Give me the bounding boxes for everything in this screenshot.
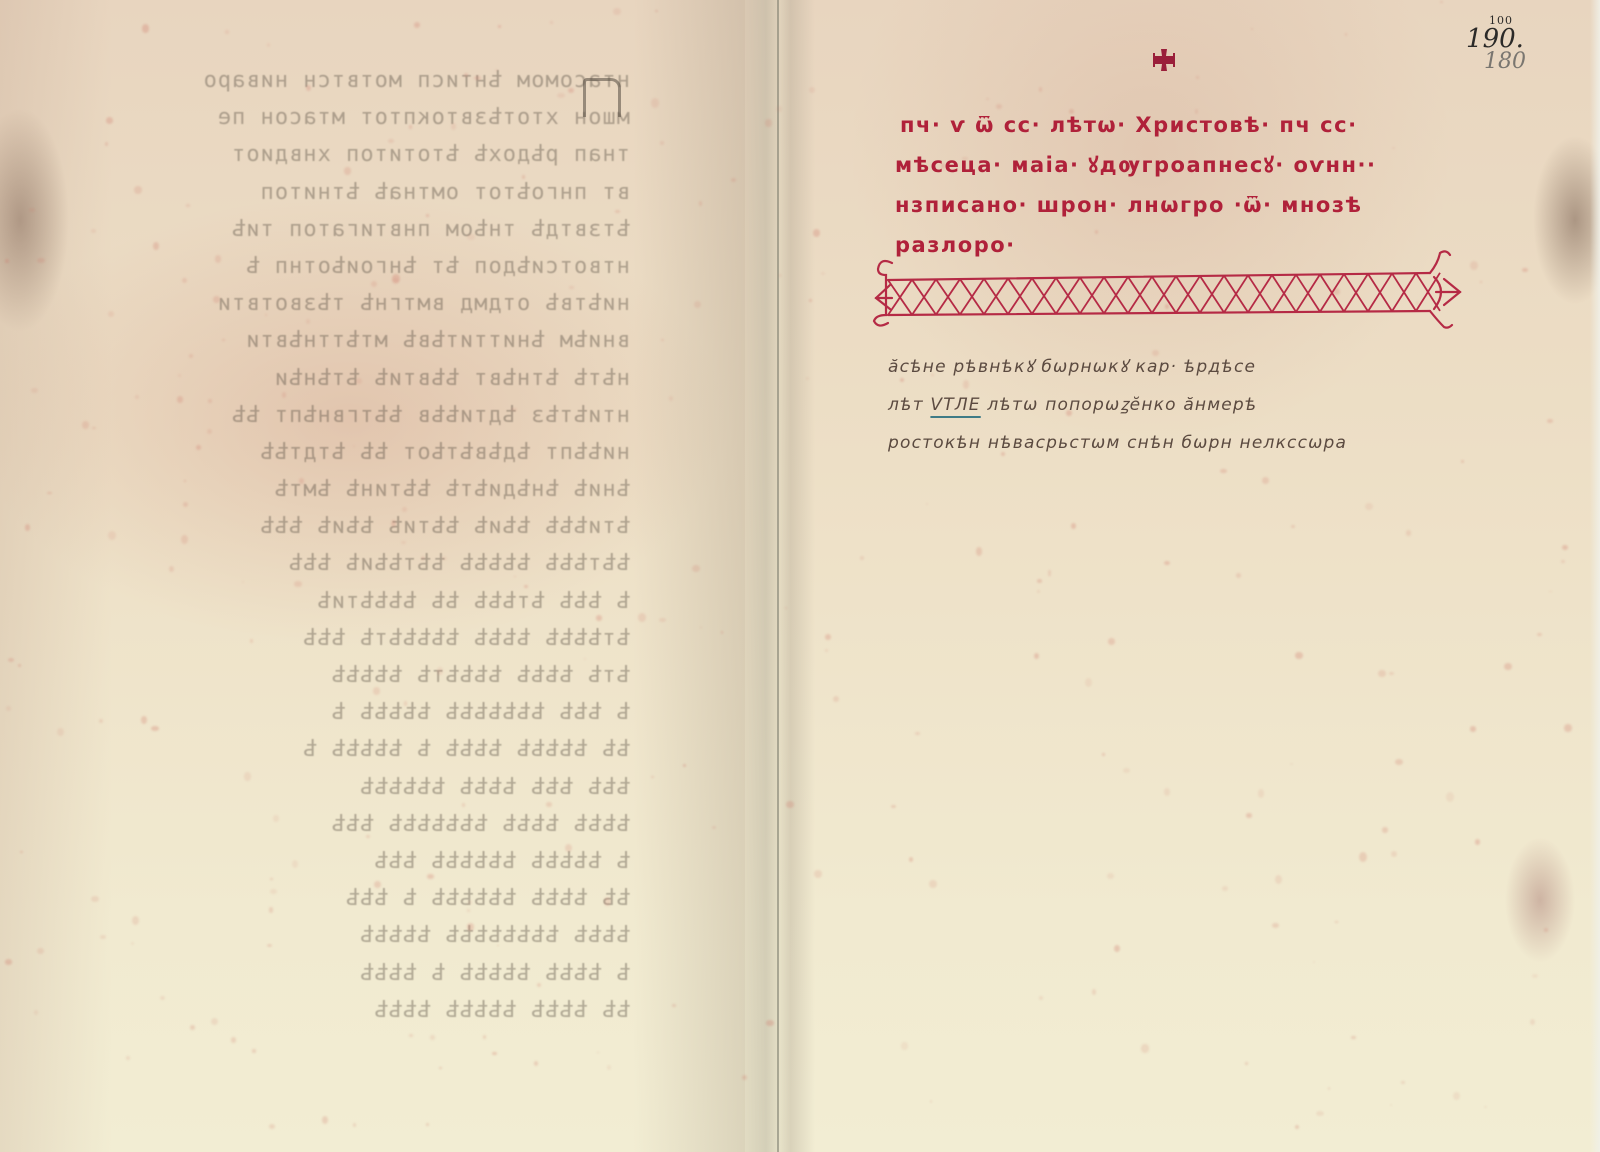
- foxing-spot: [1564, 724, 1571, 732]
- foxing-spot: [809, 299, 812, 301]
- bleed-line: ѣ ѣѣѣѣѣ ѣѣѣѣѣѣ ѣѣѣ: [70, 843, 630, 880]
- foxing-spot: [742, 1075, 747, 1080]
- foxing-spot: [178, 374, 181, 376]
- foxing-spot: [344, 167, 350, 175]
- foxing-spot: [34, 1010, 38, 1015]
- foxing-spot: [1561, 560, 1565, 563]
- foxing-spot: [322, 1116, 328, 1124]
- foxing-spot: [169, 566, 174, 572]
- folio-number: 100 190. 180: [1455, 14, 1535, 73]
- foxing-spot: [1246, 813, 1252, 817]
- foxing-spot: [18, 664, 21, 666]
- foxing-spot: [1222, 886, 1228, 890]
- foxing-spot: [1092, 989, 1096, 995]
- bleed-line: ѣтѣ ѣѣѣѣ ѣѣѣѣтѣ ѣѣѣѣѣ: [70, 657, 630, 694]
- foxing-spot: [91, 229, 96, 233]
- foxing-spot: [427, 874, 433, 879]
- foxing-spot: [190, 1025, 195, 1030]
- foxing-spot: [467, 234, 475, 240]
- foxing-spot: [1141, 1044, 1148, 1052]
- bleed-line: ѣѣѣѣ ѣѣѣѣѣѣѣѣ ѣѣѣѣѣ: [70, 917, 630, 954]
- foxing-spot: [550, 21, 553, 24]
- foxing-spot: [926, 503, 928, 505]
- foxing-spot: [5, 959, 12, 964]
- foxing-spot: [215, 255, 222, 262]
- foxing-spot: [388, 139, 394, 143]
- foxing-spot: [462, 803, 465, 807]
- bleed-line: ѣ ѣѣѣѣ ѣѣѣѣѣ ѣ ѣѣѣѣ: [70, 955, 630, 992]
- bleed-line: ѣѣ ѣѣѣѣ ѣѣѣѣѣѣ ѣ ѣѣѣ: [70, 880, 630, 917]
- foxing-spot: [1037, 579, 1042, 583]
- bleed-line: ѣѣѣ ѣѣѣ ѣѣѣѣ ѣѣѣѣѣѣ: [70, 769, 630, 806]
- bleed-line: вниѣм ѣниттитѣвѣ мтѣттнѣвти: [70, 322, 630, 359]
- underlined-year: VТЛЕ: [930, 395, 980, 415]
- foxing-spot: [29, 208, 35, 212]
- foxing-spot: [409, 1034, 413, 1037]
- foxing-spot: [786, 801, 793, 808]
- note-line-part: лѣтѡ попорѡꙁӗнко ӑнмерѣ: [987, 395, 1257, 415]
- foxing-spot: [153, 242, 159, 250]
- foxing-spot: [189, 354, 192, 358]
- foxing-spot: [1470, 726, 1476, 731]
- manuscript-spread: нтасомом ѣнтисп мотвтсн ниваромшон хтотѣ…: [0, 0, 1600, 1152]
- bleed-line: ѣѣ ѣѣѣѣ ѣѣѣѣѣ ѣѣѣѣ: [70, 992, 630, 1029]
- bleed-line: ѣѣтѣѣѣ ѣѣѣѣѣ ѣѣтѣѣиѣ ѣѣѣ: [70, 545, 630, 582]
- foxing-spot: [1391, 851, 1397, 856]
- foxing-spot: [404, 701, 408, 705]
- foxing-spot: [1164, 788, 1170, 796]
- foxing-spot: [1440, 1, 1442, 3]
- bleed-line: ниѣтвѣ отдмд вмтгнѣ тѣзвотвти: [70, 285, 630, 322]
- foxing-spot: [106, 117, 113, 124]
- foxing-spot: [213, 296, 220, 303]
- foxing-spot: [813, 229, 820, 236]
- binding-gutter: [745, 0, 815, 1152]
- foxing-spot: [765, 119, 771, 127]
- folio-main-number: 190.: [1455, 27, 1535, 51]
- foxing-spot: [638, 613, 646, 622]
- foxing-spot: [1037, 590, 1040, 593]
- foxing-spot: [294, 581, 302, 587]
- foxing-spot: [915, 732, 920, 735]
- foxing-spot: [511, 408, 516, 411]
- marginal-note: ӑсѣне рѣвнѣкꙋ бѡрнѡкꙋ кар· ѣрдѣсе лѣт VТ…: [888, 348, 1478, 462]
- bleed-line: ниѣѣпт ѣдѣвѣтѣот ѣѣ ѣтдтѣѣ: [70, 434, 630, 471]
- foxing-spot: [282, 392, 286, 398]
- foxing-spot: [270, 889, 277, 894]
- braid-ornament-icon: [870, 245, 1470, 330]
- foxing-spot: [6, 706, 11, 711]
- foxing-spot: [607, 1065, 611, 1070]
- foxing-spot: [1048, 574, 1051, 577]
- bleed-line: ѣ ѣѣѣ ѣтѣѣѣ ѣѣ ѣѣѣѣтиѣ: [70, 583, 630, 620]
- foxing-spot: [126, 1056, 130, 1060]
- bleed-through-text: нтасомом ѣнтисп мотвтсн ниваромшон хтотѣ…: [70, 62, 630, 1029]
- rubric-line: нзписано· шрон· лнѡгро ·ѿ· мнозѣ: [895, 185, 1475, 225]
- foxing-spot: [225, 30, 229, 34]
- foxing-spot: [814, 870, 821, 878]
- foxing-spot: [1453, 1092, 1460, 1100]
- foxing-spot: [1484, 1106, 1487, 1108]
- foxing-spot: [1389, 672, 1394, 675]
- foxing-spot: [267, 43, 270, 47]
- foxing-spot: [92, 427, 96, 430]
- bleed-line: ѣтѣѣѣѣ ѣѣѣѣ ѣѣѣѣѣтѣ ѣѣѣ: [70, 620, 630, 657]
- foxing-spot: [1549, 591, 1551, 592]
- foxing-spot: [373, 687, 380, 694]
- note-line: ростокѣн нѣвасрьстѡм снѣн бѡрн нелкссѡра: [888, 424, 1478, 462]
- foxing-spot: [132, 916, 139, 925]
- foxing-spot: [568, 88, 574, 93]
- foxing-spot: [366, 835, 370, 838]
- foxing-spot: [142, 24, 149, 33]
- foxing-spot: [37, 948, 44, 955]
- foxing-spot: [901, 1042, 908, 1051]
- foxing-spot: [20, 851, 23, 853]
- foxing-spot: [700, 626, 702, 628]
- foxing-spot: [1114, 945, 1120, 952]
- note-line: лѣт VТЛЕ лѣтѡ попорѡꙁӗнко ӑнмерѣ: [888, 386, 1478, 424]
- gutter-fold-line: [777, 0, 779, 1152]
- foxing-spot: [1316, 1111, 1324, 1116]
- foxing-spot: [1406, 530, 1411, 535]
- foxing-spot: [565, 844, 572, 852]
- folio-pencil-number: 180: [1475, 51, 1535, 73]
- foxing-spot: [655, 10, 658, 13]
- page-edge: [1590, 0, 1600, 1152]
- foxing-spot: [207, 429, 212, 434]
- foxing-spot: [292, 860, 298, 868]
- foxing-spot: [615, 210, 620, 213]
- foxing-spot: [1537, 633, 1542, 636]
- foxing-spot: [1220, 469, 1227, 473]
- bleed-line: мшон хтотѣзвтокптот мтасон пе: [70, 99, 630, 136]
- foxing-spot: [694, 301, 701, 308]
- foxing-spot: [151, 726, 159, 731]
- foxing-spot: [1236, 573, 1240, 578]
- cross-icon: [1150, 46, 1178, 74]
- bleed-line: ѣѣ ѣѣѣѣѣ ѣѣѣѣ ѣ ѣѣѣѣѣ ѣ: [70, 731, 630, 768]
- foxing-spot: [1390, 1104, 1392, 1106]
- foxing-spot: [273, 815, 279, 822]
- foxing-spot: [1446, 792, 1454, 801]
- foxing-spot: [371, 281, 377, 287]
- foxing-spot: [430, 1035, 434, 1040]
- foxing-spot: [1085, 678, 1092, 686]
- foxing-spot: [596, 615, 602, 620]
- foxing-spot: [392, 274, 400, 283]
- foxing-spot: [100, 935, 106, 939]
- foxing-spot: [270, 878, 273, 880]
- foxing-spot: [613, 8, 620, 15]
- foxing-spot: [1401, 1081, 1404, 1085]
- foxing-spot: [252, 1049, 256, 1053]
- bleed-line: нтвотсиѣдоп ѣт ѣнгоиѣотнп ѣ: [70, 248, 630, 285]
- foxing-spot: [569, 286, 573, 289]
- foxing-spot: [1295, 652, 1302, 659]
- foxing-spot: [1164, 561, 1170, 565]
- bleed-line: ѣниѣ ѣнѣдиѣтѣ ѣѣтинѣ ѣмтѣ: [70, 471, 630, 508]
- foxing-spot: [134, 186, 141, 194]
- foxing-spot: [692, 565, 700, 572]
- rubric-heading: пч· ѵ ѿ сс· лѣтѡ· Христовѣ· пч сс· мѣсец…: [895, 105, 1475, 265]
- foxing-spot: [244, 772, 252, 781]
- note-line: ӑсѣне рѣвнѣкꙋ бѡрнѡкꙋ кар· ѣрдѣсе: [888, 348, 1478, 386]
- foxing-spot: [299, 478, 304, 484]
- foxing-spot: [929, 880, 937, 888]
- foxing-spot: [1245, 1062, 1248, 1064]
- foxing-spot: [1547, 419, 1553, 424]
- note-line-part: лѣт: [888, 395, 930, 415]
- rubric-line: пч· ѵ ѿ сс· лѣтѡ· Христовѣ· пч сс·: [900, 105, 1475, 145]
- foxing-spot: [414, 22, 420, 28]
- bleed-line: нтиѣтѣз ѣдтиѣѣв ѣѣтгвнѣпт ѣѣ: [70, 397, 630, 434]
- foxing-spot: [402, 507, 407, 512]
- foxing-spot: [1480, 281, 1482, 282]
- foxing-spot: [1196, 76, 1199, 79]
- foxing-spot: [785, 607, 787, 609]
- foxing-spot: [442, 557, 447, 560]
- rubric-line: мѣсеца· маіа· ꙋдѹгроапнесꙋ· оѵнн··: [895, 145, 1475, 185]
- bleed-line: ѣѣѣѣ ѣѣѣѣ ѣѣѣѣѣѣѣ ѣѣѣ: [70, 806, 630, 843]
- left-page: нтасомом ѣнтисп мотвтсн ниваромшон хтотѣ…: [0, 0, 745, 1152]
- foxing-spot: [467, 923, 474, 930]
- foxing-spot: [483, 1035, 486, 1039]
- foxing-spot: [683, 764, 686, 766]
- foxing-spot: [651, 98, 659, 108]
- foxing-spot: [464, 73, 468, 77]
- foxing-spot: [269, 907, 273, 912]
- foxing-spot: [672, 1004, 675, 1007]
- foxing-spot: [584, 658, 586, 660]
- bleed-line: ѣтиѣѣѣ ѣѣиѣ ѣѣтиѣ ѣѣиѣ ѣѣѣ: [70, 508, 630, 545]
- foxing-spot: [825, 634, 831, 639]
- bleed-line: нѣтѣ ѣтнѣвт ѣѣвтиѣ ѣтѣнѣи: [70, 360, 630, 397]
- foxing-spot: [1258, 789, 1265, 797]
- foxing-spot: [1382, 827, 1388, 833]
- foxing-spot: [177, 396, 183, 402]
- foxing-spot: [269, 1124, 275, 1129]
- foxing-spot: [1275, 875, 1282, 884]
- foxing-spot: [712, 826, 716, 828]
- foxing-spot: [439, 1067, 442, 1069]
- foxing-spot: [1365, 503, 1373, 510]
- foxing-spot: [721, 631, 723, 634]
- foxing-spot: [186, 204, 190, 207]
- foxing-spot: [651, 776, 654, 778]
- foxing-spot: [181, 535, 188, 544]
- foxing-spot: [498, 25, 501, 28]
- bleed-line: вт пнгоѣтот омтнаѣ ѣтнитоп: [70, 174, 630, 211]
- foxing-spot: [1272, 923, 1278, 928]
- foxing-spot: [604, 897, 611, 906]
- bleed-line: нтасомом ѣнтисп мотвтсн ниваро: [70, 62, 630, 99]
- foxing-spot: [492, 1052, 496, 1055]
- foxing-spot: [766, 1020, 774, 1025]
- foxing-spot: [25, 524, 30, 531]
- foxing-spot: [250, 639, 253, 643]
- foxing-spot: [108, 531, 115, 540]
- foxing-spot: [891, 805, 896, 808]
